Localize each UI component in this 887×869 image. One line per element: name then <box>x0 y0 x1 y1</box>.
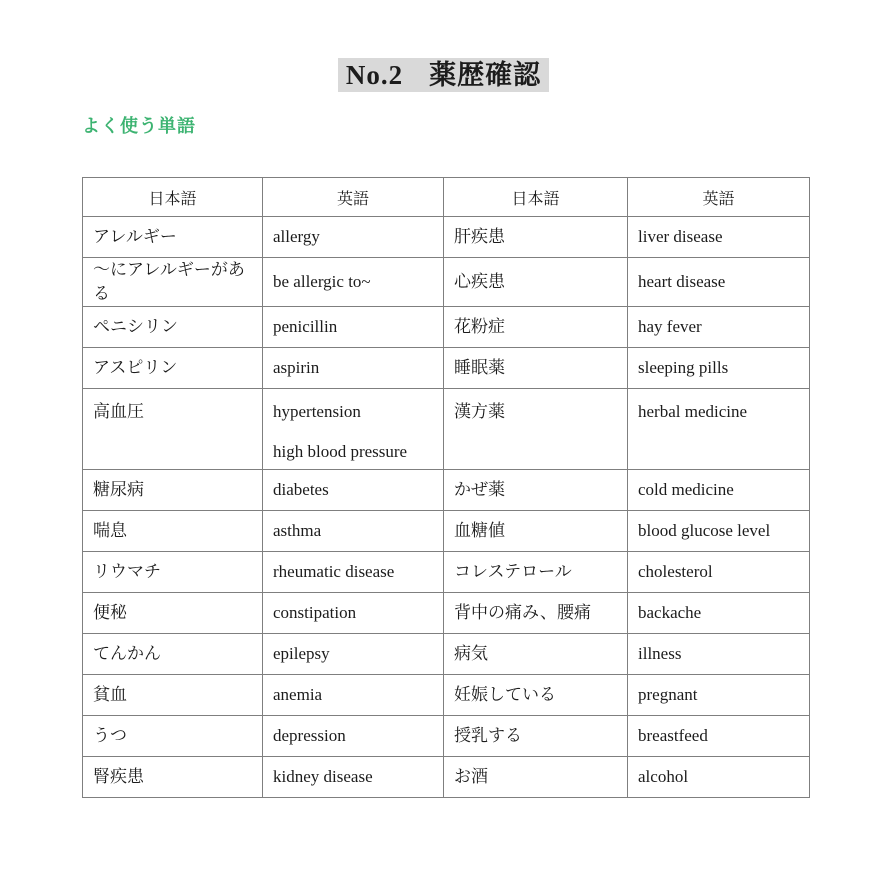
cell-english: pregnant <box>628 675 810 716</box>
page-title: No.2薬歴確認 <box>338 58 549 92</box>
cell-line: constipation <box>273 601 433 625</box>
cell-english: herbal medicine <box>628 389 810 470</box>
table-row: 腎疾患kidney diseaseお酒alcohol <box>83 757 810 798</box>
cell-line: リウマチ <box>93 560 252 584</box>
cell-line: うつ <box>93 724 252 748</box>
document-page: No.2薬歴確認 よく使う単語 日本語 英語 日本語 英語 アレルギーaller… <box>0 0 887 869</box>
cell-line: asthma <box>273 519 433 543</box>
cell-japanese: 睡眠薬 <box>444 348 628 389</box>
cell-line: 漢方薬 <box>454 400 617 424</box>
table-row: リウマチrheumatic diseaseコレステロールcholesterol <box>83 552 810 593</box>
cell-line: rheumatic disease <box>273 560 433 584</box>
table-body: アレルギーallergy肝疾患liver disease～にアレルギーがあるbe… <box>83 217 810 798</box>
cell-english: alcohol <box>628 757 810 798</box>
cell-japanese: 糖尿病 <box>83 470 263 511</box>
cell-line: heart disease <box>638 270 799 294</box>
cell-line: 妊娠している <box>454 683 617 707</box>
cell-japanese: 腎疾患 <box>83 757 263 798</box>
cell-english: illness <box>628 634 810 675</box>
cell-line: コレステロール <box>454 560 617 584</box>
cell-line: 花粉症 <box>454 315 617 339</box>
cell-english: depression <box>263 716 444 757</box>
table-row: アスピリンaspirin睡眠薬sleeping pills <box>83 348 810 389</box>
cell-japanese: ペニシリン <box>83 307 263 348</box>
cell-line: liver disease <box>638 225 799 249</box>
table-row: アレルギーallergy肝疾患liver disease <box>83 217 810 258</box>
cell-japanese: 貧血 <box>83 675 263 716</box>
cell-line: 心疾患 <box>454 270 617 294</box>
cell-english: anemia <box>263 675 444 716</box>
cell-japanese: 授乳する <box>444 716 628 757</box>
cell-japanese: コレステロール <box>444 552 628 593</box>
table-row: てんかんepilepsy病気illness <box>83 634 810 675</box>
header-japanese-2: 日本語 <box>444 178 628 217</box>
cell-japanese: 肝疾患 <box>444 217 628 258</box>
table-row: ペニシリンpenicillin花粉症hay fever <box>83 307 810 348</box>
cell-line: アレルギー <box>93 225 252 249</box>
cell-japanese: 病気 <box>444 634 628 675</box>
cell-line: depression <box>273 724 433 748</box>
cell-line: cold medicine <box>638 478 799 502</box>
cell-line: high blood pressure <box>273 440 433 464</box>
cell-line: アスピリン <box>93 356 252 380</box>
vocab-table: 日本語 英語 日本語 英語 アレルギーallergy肝疾患liver disea… <box>82 177 810 798</box>
cell-japanese: かぜ薬 <box>444 470 628 511</box>
cell-line: cholesterol <box>638 560 799 584</box>
cell-english: hay fever <box>628 307 810 348</box>
cell-line: ペニシリン <box>93 315 252 339</box>
cell-line: herbal medicine <box>638 400 799 424</box>
cell-japanese: うつ <box>83 716 263 757</box>
cell-japanese: 血糖値 <box>444 511 628 552</box>
cell-english: hypertensionhigh blood pressure <box>263 389 444 470</box>
cell-japanese: 漢方薬 <box>444 389 628 470</box>
cell-english: blood glucose level <box>628 511 810 552</box>
cell-english: liver disease <box>628 217 810 258</box>
cell-line: penicillin <box>273 315 433 339</box>
cell-line: 高血圧 <box>93 400 252 424</box>
cell-line: 病気 <box>454 642 617 666</box>
cell-line: backache <box>638 601 799 625</box>
table-row: 高血圧hypertensionhigh blood pressure漢方薬her… <box>83 389 810 470</box>
cell-line: sleeping pills <box>638 356 799 380</box>
table-header-row: 日本語 英語 日本語 英語 <box>83 178 810 217</box>
cell-line: allergy <box>273 225 433 249</box>
cell-line: breastfeed <box>638 724 799 748</box>
cell-line: diabetes <box>273 478 433 502</box>
cell-english: breastfeed <box>628 716 810 757</box>
cell-line: 便秘 <box>93 601 252 625</box>
cell-english: sleeping pills <box>628 348 810 389</box>
cell-japanese: 妊娠している <box>444 675 628 716</box>
header-english-2: 英語 <box>628 178 810 217</box>
cell-line: 肝疾患 <box>454 225 617 249</box>
title-wrap: No.2薬歴確認 <box>0 58 887 92</box>
cell-line: be allergic to~ <box>273 270 433 294</box>
cell-japanese: アスピリン <box>83 348 263 389</box>
cell-japanese: 背中の痛み、腰痛 <box>444 593 628 634</box>
table-header: 日本語 英語 日本語 英語 <box>83 178 810 217</box>
cell-japanese: お酒 <box>444 757 628 798</box>
cell-english: diabetes <box>263 470 444 511</box>
cell-japanese: てんかん <box>83 634 263 675</box>
cell-english: epilepsy <box>263 634 444 675</box>
cell-japanese: リウマチ <box>83 552 263 593</box>
page-title-number: No.2 <box>346 60 403 90</box>
table-row: ～にアレルギーがあるbe allergic to~心疾患heart diseas… <box>83 258 810 307</box>
cell-english: cholesterol <box>628 552 810 593</box>
header-english-1: 英語 <box>263 178 444 217</box>
cell-line: てんかん <box>93 642 252 666</box>
cell-japanese: 高血圧 <box>83 389 263 470</box>
cell-line: hypertension <box>273 400 433 424</box>
cell-line: 貧血 <box>93 683 252 707</box>
cell-line: 睡眠薬 <box>454 356 617 380</box>
cell-japanese: 花粉症 <box>444 307 628 348</box>
cell-english: heart disease <box>628 258 810 307</box>
cell-english: asthma <box>263 511 444 552</box>
table-row: 喘息asthma血糖値blood glucose level <box>83 511 810 552</box>
cell-line: blood glucose level <box>638 519 799 543</box>
cell-english: allergy <box>263 217 444 258</box>
header-japanese-1: 日本語 <box>83 178 263 217</box>
cell-line: ～にアレルギーがある <box>93 258 252 306</box>
cell-line: aspirin <box>273 356 433 380</box>
cell-english: backache <box>628 593 810 634</box>
cell-line: 喘息 <box>93 519 252 543</box>
cell-line: pregnant <box>638 683 799 707</box>
cell-english: aspirin <box>263 348 444 389</box>
cell-japanese: ～にアレルギーがある <box>83 258 263 307</box>
cell-line: kidney disease <box>273 765 433 789</box>
cell-japanese: 便秘 <box>83 593 263 634</box>
cell-line: かぜ薬 <box>454 478 617 502</box>
cell-line: anemia <box>273 683 433 707</box>
cell-line: epilepsy <box>273 642 433 666</box>
cell-english: rheumatic disease <box>263 552 444 593</box>
section-subtitle: よく使う単語 <box>82 112 196 138</box>
cell-japanese: 心疾患 <box>444 258 628 307</box>
cell-english: penicillin <box>263 307 444 348</box>
cell-line: 糖尿病 <box>93 478 252 502</box>
cell-line: お酒 <box>454 765 617 789</box>
cell-line: alcohol <box>638 765 799 789</box>
table-row: 糖尿病diabetesかぜ薬cold medicine <box>83 470 810 511</box>
cell-english: cold medicine <box>628 470 810 511</box>
cell-line: 背中の痛み、腰痛 <box>454 601 617 625</box>
table-row: 貧血anemia妊娠しているpregnant <box>83 675 810 716</box>
cell-line: illness <box>638 642 799 666</box>
cell-line: 腎疾患 <box>93 765 252 789</box>
cell-line: 血糖値 <box>454 519 617 543</box>
cell-english: kidney disease <box>263 757 444 798</box>
cell-japanese: アレルギー <box>83 217 263 258</box>
cell-english: constipation <box>263 593 444 634</box>
table-row: うつdepression授乳するbreastfeed <box>83 716 810 757</box>
cell-line: 授乳する <box>454 724 617 748</box>
table-row: 便秘constipation背中の痛み、腰痛backache <box>83 593 810 634</box>
cell-line: hay fever <box>638 315 799 339</box>
page-title-text: 薬歴確認 <box>429 60 541 90</box>
cell-english: be allergic to~ <box>263 258 444 307</box>
cell-japanese: 喘息 <box>83 511 263 552</box>
